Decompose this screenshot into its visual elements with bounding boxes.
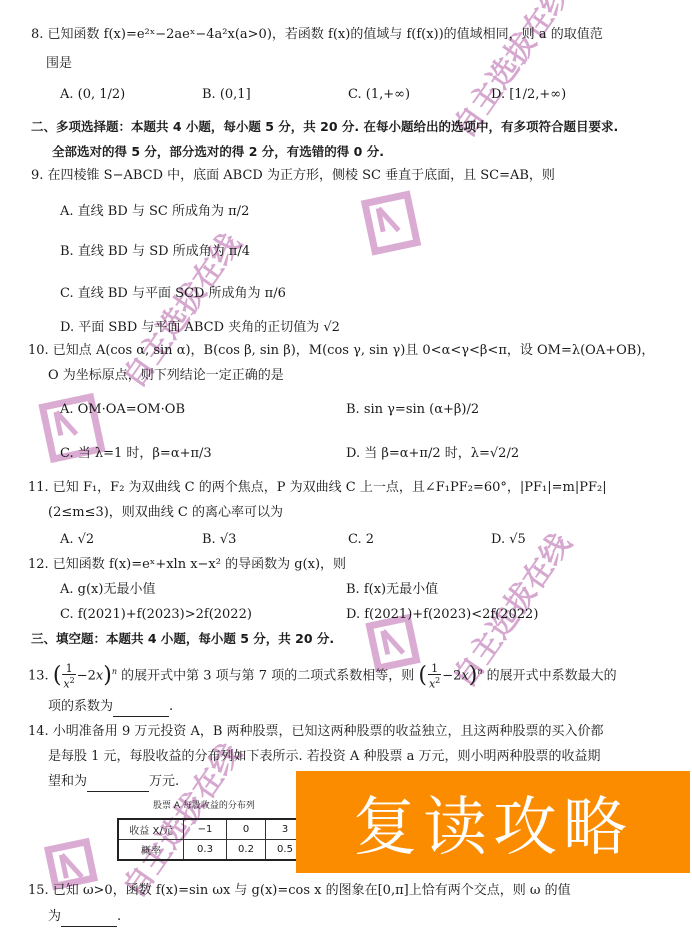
q13-tail-text: 的展开式中系数最大的 <box>487 668 617 683</box>
q12-option-b: B. f(x)无最小值 <box>346 580 438 600</box>
q12-option-c: C. f(2021)+f(2023)>2f(2022) <box>60 605 252 625</box>
q11-option-a: A. √2 <box>60 530 94 550</box>
q9-option-a: A. 直线 BD 与 SC 所成角为 π/2 <box>60 202 249 222</box>
q10-option-b: B. sin γ=sin (α+β)/2 <box>346 400 479 420</box>
q10-option-c: C. 当 λ=1 时，β=α+π/3 <box>60 444 212 464</box>
table-row: 概率 0.3 0.2 0.5 <box>118 840 305 861</box>
q14-stem-line3: 望和为万元. <box>48 772 179 792</box>
q8-option-b: B. (0,1] <box>202 85 251 105</box>
q13-stem-line1: 13. (1x2−2x)n 的展开式中第 3 项与第 7 项的二项式系数相等，则… <box>28 662 617 689</box>
q8-stem-line1: 8. 已知函数 f(x)=e²ˣ−2aeˣ−4a²x(a>0)，若函数 f(x)… <box>31 25 603 45</box>
fraction: 1x2 <box>62 663 75 690</box>
table-row: 收益 X/元 −1 0 3 <box>118 819 305 840</box>
q9-option-b: B. 直线 BD 与 SD 所成角为 π/4 <box>60 242 250 262</box>
watermark-logo-icon <box>361 190 422 255</box>
q12-stem: 12. 已知函数 f(x)=eˣ+xln x−x² 的导函数为 g(x)，则 <box>28 555 346 575</box>
answer-blank[interactable] <box>61 912 117 927</box>
q14-stem-line1: 14. 小明准备用 9 万元投资 A，B 两种股票，已知这两种股票的收益独立，且… <box>28 722 604 742</box>
q8-option-d: D. [1/2,+∞) <box>491 85 566 105</box>
q11-stem-line2: (2≤m≤3)，则双曲线 C 的离心率可以为 <box>48 503 283 523</box>
q14-stem-line2: 是每股 1 元，每股收益的分布列如下表所示. 若投资 A 种股票 a 万元，则小… <box>48 747 600 767</box>
q14-line3-post: 万元. <box>149 774 179 789</box>
q15-stem-line1: 15. 已知 ω>0，函数 f(x)=sin ωx 与 g(x)=cos x 的… <box>28 881 571 901</box>
q11-option-b: B. √3 <box>202 530 236 550</box>
q14-line3-pre: 望和为 <box>48 774 87 789</box>
q9-stem: 9. 在四棱锥 S−ABCD 中，底面 ABCD 为正方形，侧棱 SC 垂直于底… <box>31 166 555 186</box>
table-cell: 0.2 <box>227 840 266 861</box>
q12-option-d: D. f(2021)+f(2023)<2f(2022) <box>346 605 538 625</box>
table-cell: 概率 <box>118 840 184 861</box>
q13-mid-text: 的展开式中第 3 项与第 7 项的二项式系数相等，则 <box>121 668 414 683</box>
paren-close: ) <box>103 663 112 688</box>
q11-option-d: D. √5 <box>491 530 526 550</box>
q15-line2-text: 为 <box>48 909 61 924</box>
fudu-gonglue-banner: 复读攻略 <box>296 771 690 873</box>
q11-stem-line1: 11. 已知 F₁，F₂ 为双曲线 C 的两个焦点，P 为双曲线 C 上一点，且… <box>28 478 607 498</box>
q10-stem-line2: O 为坐标原点，则下列结论一定正确的是 <box>48 366 284 386</box>
q10-stem-line1: 10. 已知点 A(cos α, sin α)，B(cos β, sin β)，… <box>28 341 654 361</box>
q13-end: . <box>169 699 173 714</box>
q8-option-c: C. (1,+∞) <box>348 85 410 105</box>
paren-open: ( <box>53 663 62 688</box>
q13-line2-text: 项的系数为 <box>48 699 113 714</box>
distribution-table: 收益 X/元 −1 0 3 概率 0.3 0.2 0.5 <box>117 818 306 861</box>
table-cell: 0 <box>227 819 266 840</box>
q10-option-a: A. OM·OA=OM·OB <box>60 400 185 420</box>
q8-option-a: A. (0, 1/2) <box>60 85 125 105</box>
q15-stem-line2: 为. <box>48 907 121 927</box>
q12-option-a: A. g(x)无最小值 <box>60 580 155 600</box>
q15-end: . <box>117 909 121 924</box>
section3-heading: 三、填空题：本题共 4 小题，每小题 5 分，共 20 分. <box>31 629 334 649</box>
table-cell: −1 <box>184 819 227 840</box>
section2-heading: 二、多项选择题：本题共 4 小题，每小题 5 分，共 20 分. 在每小题给出的… <box>31 117 618 137</box>
table-caption: 股票 A 每股收益的分布列 <box>153 798 255 811</box>
q8-stem-line2: 围是 <box>46 54 72 74</box>
q9-option-c: C. 直线 BD 与平面 SCD 所成角为 π/6 <box>60 284 286 304</box>
table-cell: 0.3 <box>184 840 227 861</box>
answer-blank[interactable] <box>87 777 149 792</box>
q10-option-d: D. 当 β=α+π/2 时，λ=√2/2 <box>346 444 519 464</box>
answer-blank[interactable] <box>113 702 169 717</box>
q11-option-c: C. 2 <box>348 530 374 550</box>
section2-scoring: 全部选对的得 5 分，部分选对的得 2 分，有选错的得 0 分. <box>52 142 384 162</box>
table-cell: 收益 X/元 <box>118 819 184 840</box>
q13-number: 13. <box>28 668 49 683</box>
q13-stem-line2: 项的系数为. <box>48 697 173 717</box>
q9-option-d: D. 平面 SBD 与平面 ABCD 夹角的正切值为 √2 <box>60 318 340 338</box>
